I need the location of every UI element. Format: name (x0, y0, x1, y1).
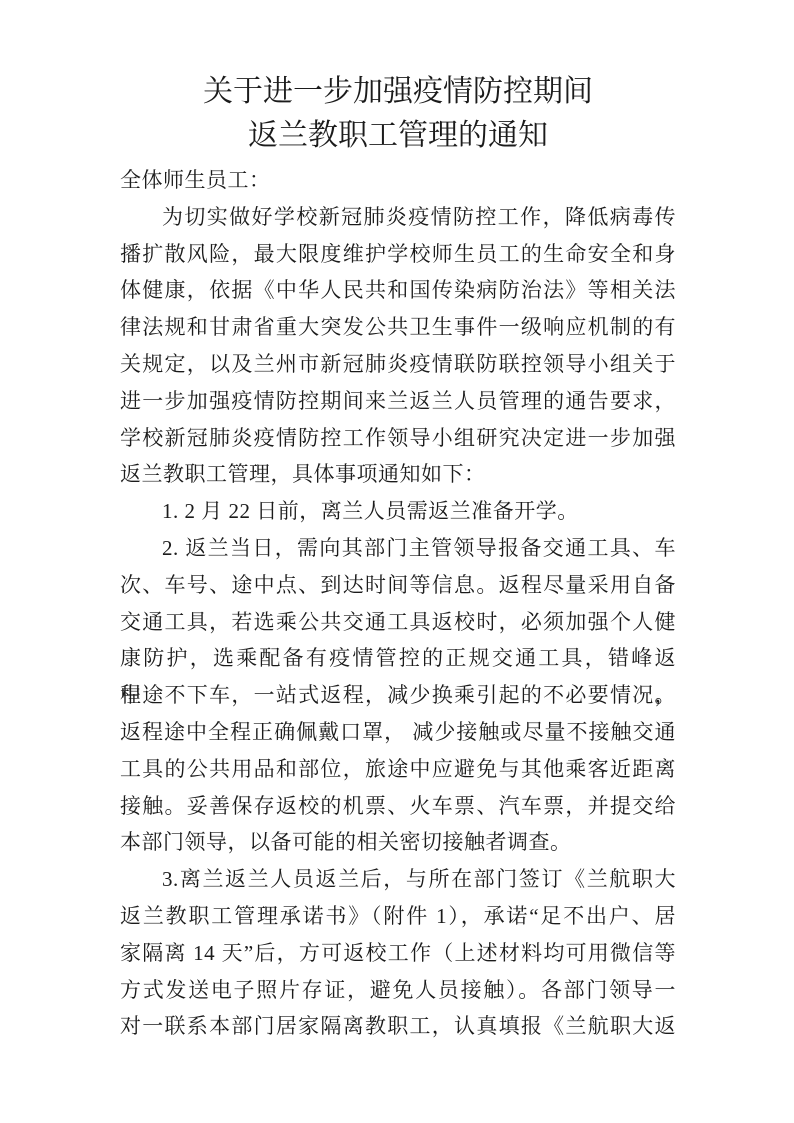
text-line: 关规定，以及兰州市新冠肺炎疫情联防联控领导小组关于 (120, 346, 676, 383)
list-item-2: 2. 返兰当日，需向其部门主管领导报备交通工具、车 次、车号、途中点、到达时间等… (120, 530, 676, 861)
text-line: 返兰教职工管理承诺书》（附件 1），承诺“足不出户、居 (120, 898, 676, 935)
text-line: 康防护，选乘配备有疫情管控的正规交通工具，错峰返程， (120, 640, 676, 677)
text-line: 进一步加强疫情防控期间来兰返兰人员管理的通告要求， (120, 383, 676, 420)
text-line: 家隔离 14 天”后，方可返校工作（上述材料均可用微信等 (120, 935, 676, 972)
document-title-line-2: 返兰教职工管理的通知 (120, 114, 676, 158)
text-line: 返兰教职工管理，具体事项通知如下： (120, 456, 676, 493)
text-line: 律法规和甘肃省重大突发公共卫生事件一级响应机制的有 (120, 309, 676, 346)
text-line: 次、车号、途中点、到达时间等信息。返程尽量采用自备 (120, 567, 676, 604)
paragraph-intro: 为切实做好学校新冠肺炎疫情防控工作，降低病毒传 播扩散风险，最大限度维护学校师生… (120, 199, 676, 493)
text-line: 接触。妥善保存返校的机票、火车票、汽车票，并提交给 (120, 788, 676, 825)
document-title-line-1: 关于进一步加强疫情防控期间 (120, 70, 676, 114)
text-line: 返程途中全程正确佩戴口罩， 减少接触或尽量不接触交通 (120, 714, 676, 751)
text-line: 播扩散风险，最大限度维护学校师生员工的生命安全和身 (120, 236, 676, 273)
text-line: 本部门领导，以备可能的相关密切接触者调查。 (120, 824, 676, 861)
text-line: 交通工具，若选乘公共交通工具返校时，必须加强个人健 (120, 604, 676, 641)
text-line: 中途不下车，一站式返程，减少换乘引起的不必要情况。 (120, 677, 676, 714)
text-line: 1. 2 月 22 日前，离兰人员需返兰准备开学。 (120, 493, 676, 530)
text-line: 方式发送电子照片存证，避免人员接触）。各部门领导一 (120, 972, 676, 1009)
text-line: 体健康，依据《中华人民共和国传染病防治法》等相关法 (120, 272, 676, 309)
document-page: 关于进一步加强疫情防控期间 返兰教职工管理的通知 全体师生员工： 为切实做好学校… (0, 0, 794, 1123)
text-line: 为切实做好学校新冠肺炎疫情防控工作，降低病毒传 (120, 199, 676, 236)
text-line: 对一联系本部门居家隔离教职工，认真填报《兰航职大返 (120, 1008, 676, 1045)
text-line: 工具的公共用品和部位，旅途中应避免与其他乘客近距离 (120, 751, 676, 788)
salutation: 全体师生员工： (120, 162, 676, 199)
document-title: 关于进一步加强疫情防控期间 返兰教职工管理的通知 (120, 70, 676, 158)
text-line: 3.离兰返兰人员返兰后，与所在部门签订《兰航职大 (120, 861, 676, 898)
document-body: 全体师生员工： 为切实做好学校新冠肺炎疫情防控工作，降低病毒传 播扩散风险，最大… (120, 162, 676, 1045)
list-item-3: 3.离兰返兰人员返兰后，与所在部门签订《兰航职大 返兰教职工管理承诺书》（附件 … (120, 861, 676, 1045)
list-item-1: 1. 2 月 22 日前，离兰人员需返兰准备开学。 (120, 493, 676, 530)
text-line: 学校新冠肺炎疫情防控工作领导小组研究决定进一步加强 (120, 420, 676, 457)
text-line: 2. 返兰当日，需向其部门主管领导报备交通工具、车 (120, 530, 676, 567)
